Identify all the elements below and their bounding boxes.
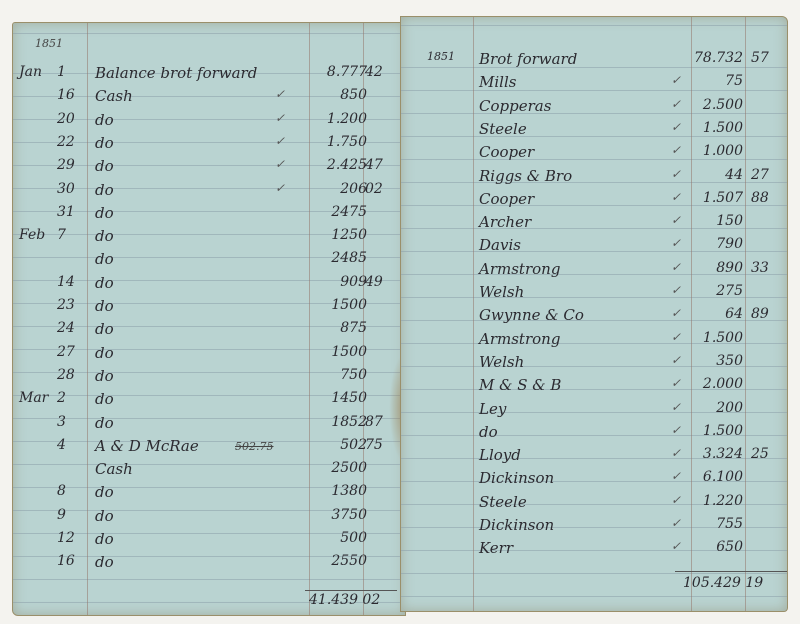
check-mark-icon: ✓ <box>671 423 681 437</box>
entry-amount: 1.507 <box>703 190 743 206</box>
entry-description: Steele <box>479 493 527 511</box>
entry-amount: 2485 <box>331 250 367 266</box>
check-mark-icon: ✓ <box>671 306 681 320</box>
ledger-row: 16do2550 <box>13 550 405 573</box>
entry-description: Cash <box>95 460 133 478</box>
entry-day: 28 <box>57 367 75 383</box>
entry-day: 24 <box>57 320 75 336</box>
entry-amount: 64 <box>725 306 743 322</box>
entry-amount: 1.750 <box>327 134 367 150</box>
ledger-row: Steele✓1.500 <box>401 117 787 140</box>
ledger-row: do✓1.500 <box>401 420 787 443</box>
ledger-row: Kerr✓650 <box>401 536 787 559</box>
check-mark-icon: ✓ <box>671 236 681 250</box>
entry-amount: 1450 <box>331 390 367 406</box>
entry-description: do <box>95 553 114 571</box>
page-total: 41.439 02 <box>309 592 380 608</box>
entry-description: Ley <box>479 400 506 418</box>
entry-description: do <box>95 111 114 129</box>
entry-description: do <box>95 181 114 199</box>
entry-description: do <box>95 274 114 292</box>
ledger-row: 27do1500 <box>13 341 405 364</box>
entry-amount: 1500 <box>331 297 367 313</box>
entry-amount: 8.777 <box>327 64 367 80</box>
entry-day: 2 <box>57 390 66 406</box>
entry-amount: 1.000 <box>703 143 743 159</box>
entry-cents: 25 <box>751 446 769 462</box>
check-mark-icon: ✓ <box>671 283 681 297</box>
ledger-row: Lloyd✓3.32425 <box>401 443 787 466</box>
ledger-row: Copperas✓2.500 <box>401 94 787 117</box>
entry-day: 16 <box>57 87 75 103</box>
entry-amount: 875 <box>340 320 367 336</box>
total-rule <box>305 590 397 591</box>
ledger-row: 29do✓2.42547 <box>13 154 405 177</box>
ledger-row: 9do3750 <box>13 504 405 527</box>
entry-amount: 350 <box>716 353 743 369</box>
ledger-row: 12do500 <box>13 527 405 550</box>
entry-amount: 2500 <box>331 460 367 476</box>
entry-day: 3 <box>57 414 66 430</box>
entry-amount: 2.500 <box>703 97 743 113</box>
check-mark-icon: ✓ <box>275 181 285 195</box>
entry-description: Copperas <box>479 97 551 115</box>
entry-description: do <box>95 507 114 525</box>
entry-amount: 200 <box>716 400 743 416</box>
ledger-row: do2485 <box>13 247 405 270</box>
ledger-row: 14do90949 <box>13 271 405 294</box>
entry-amount: 275 <box>716 283 743 299</box>
entry-description: Armstrong <box>479 260 560 278</box>
entry-day: 12 <box>57 530 75 546</box>
entry-amount: 1.500 <box>703 120 743 136</box>
entry-description: do <box>95 414 114 432</box>
check-mark-icon: ✓ <box>671 213 681 227</box>
entry-cents: 88 <box>751 190 769 206</box>
entry-amount: 1852 <box>331 414 367 430</box>
entry-day: 23 <box>57 297 75 313</box>
entry-description: Welsh <box>479 353 524 371</box>
entry-description: do <box>95 390 114 408</box>
entry-description: do <box>95 367 114 385</box>
entry-description: Kerr <box>479 539 513 557</box>
entry-cents: 87 <box>365 414 383 430</box>
entry-description: Gwynne & Co <box>479 306 584 324</box>
entry-description: Lloyd <box>479 446 521 464</box>
entry-month: Feb <box>19 227 45 243</box>
ledger-row: Archer✓150 <box>401 210 787 233</box>
entry-day: 4 <box>57 437 66 453</box>
ledger-row: 8do1380 <box>13 480 405 503</box>
ledger-row: Davis✓790 <box>401 233 787 256</box>
entry-day: 27 <box>57 344 75 360</box>
entry-cents: 49 <box>365 274 383 290</box>
check-mark-icon: ✓ <box>671 539 681 553</box>
entry-amount: 755 <box>716 516 743 532</box>
entry-amount: 3750 <box>331 507 367 523</box>
entry-amount: 2.425 <box>327 157 367 173</box>
entry-description: Cooper <box>479 190 534 208</box>
ledger-row: 23do1500 <box>13 294 405 317</box>
entry-amount: 790 <box>716 236 743 252</box>
entry-cents: 75 <box>365 437 383 453</box>
entry-amount: 206 <box>340 181 367 197</box>
ledger-row: 4A & D McRae502.7550275 <box>13 434 405 457</box>
entry-month: Mar <box>19 390 48 406</box>
ledger-row: 30do✓20602 <box>13 178 405 201</box>
entry-cents: 33 <box>751 260 769 276</box>
ledger-row: Cooper✓1.000 <box>401 140 787 163</box>
check-mark-icon: ✓ <box>671 143 681 157</box>
ledger-row: Cash2500 <box>13 457 405 480</box>
ledger-row: Feb7do1250 <box>13 224 405 247</box>
entry-amount: 1500 <box>331 344 367 360</box>
entry-day: 31 <box>57 204 75 220</box>
entry-year: 1851 <box>427 50 455 63</box>
entry-description: Brot forward <box>479 50 577 68</box>
entry-cents: 57 <box>751 50 769 66</box>
entry-amount: 500 <box>340 530 367 546</box>
entry-amount: 1.200 <box>327 111 367 127</box>
entry-description: do <box>479 423 498 441</box>
ledger-row: 31do2475 <box>13 201 405 224</box>
ledger-row: 16Cash✓850 <box>13 84 405 107</box>
ledger-row: Cooper✓1.50788 <box>401 187 787 210</box>
ledger-row: Steele✓1.220 <box>401 490 787 513</box>
check-mark-icon: ✓ <box>671 330 681 344</box>
entry-description: Cooper <box>479 143 534 161</box>
year-label: 1851 <box>35 37 63 50</box>
entry-amount: 2.000 <box>703 376 743 392</box>
check-mark-icon: ✓ <box>671 73 681 87</box>
check-mark-icon: ✓ <box>275 157 285 171</box>
ledger-row: Armstrong✓1.500 <box>401 327 787 350</box>
entry-amount: 44 <box>725 167 743 183</box>
entry-description: do <box>95 134 114 152</box>
entry-description: do <box>95 530 114 548</box>
ledger-row: Gwynne & Co✓6489 <box>401 303 787 326</box>
entry-day: 30 <box>57 181 75 197</box>
ledger-row: Dickinson✓6.100 <box>401 466 787 489</box>
entry-cents: 02 <box>365 181 383 197</box>
entry-amount: 750 <box>340 367 367 383</box>
check-mark-icon: ✓ <box>671 353 681 367</box>
ledger-row: Welsh✓275 <box>401 280 787 303</box>
entry-cents: 42 <box>365 64 383 80</box>
ledger-row: 24do875 <box>13 317 405 340</box>
entry-day: 1 <box>57 64 66 80</box>
entry-cents: 47 <box>365 157 383 173</box>
entry-amount: 150 <box>716 213 743 229</box>
entry-month: Jan <box>19 64 42 80</box>
entry-amount: 78.732 <box>694 50 743 66</box>
check-mark-icon: ✓ <box>671 167 681 181</box>
check-mark-icon: ✓ <box>671 260 681 274</box>
ledger-row: M & S & B✓2.000 <box>401 373 787 396</box>
entry-description: do <box>95 227 114 245</box>
entry-description: do <box>95 344 114 362</box>
entry-description: Steele <box>479 120 527 138</box>
total-rule <box>675 571 787 572</box>
entry-day: 14 <box>57 274 75 290</box>
entry-day: 16 <box>57 553 75 569</box>
entry-description: Welsh <box>479 283 524 301</box>
entry-day: 9 <box>57 507 66 523</box>
ledger-row: Ley✓200 <box>401 397 787 420</box>
entry-day: 29 <box>57 157 75 173</box>
check-mark-icon: ✓ <box>671 469 681 483</box>
page-total: 105.429 19 <box>683 575 763 591</box>
entry-day: 7 <box>57 227 66 243</box>
entry-description: M & S & B <box>479 376 561 394</box>
entry-amount: 502 <box>340 437 367 453</box>
entry-description: Balance brot forward <box>95 64 257 82</box>
entry-amount: 75 <box>725 73 743 89</box>
check-mark-icon: ✓ <box>671 493 681 507</box>
ledger-row: 1851Brot forward78.73257 <box>401 47 787 70</box>
entry-description: A & D McRae <box>95 437 199 455</box>
check-mark-icon: ✓ <box>275 87 285 101</box>
check-mark-icon: ✓ <box>671 190 681 204</box>
entry-amount: 1.500 <box>703 423 743 439</box>
ledger-row: Mills✓75 <box>401 70 787 93</box>
entry-description: Archer <box>479 213 531 231</box>
entry-amount: 1380 <box>331 483 367 499</box>
ledger-left-page: 1851 Jan1Balance brot forward8.7774216Ca… <box>12 22 406 616</box>
entry-amount: 890 <box>716 260 743 276</box>
ledger-row: Mar2do1450 <box>13 387 405 410</box>
entry-description: Davis <box>479 236 521 254</box>
entry-cents: 89 <box>751 306 769 322</box>
ledger-row: Welsh✓350 <box>401 350 787 373</box>
ledger-row: 28do750 <box>13 364 405 387</box>
entry-description: Cash <box>95 87 133 105</box>
entry-amount: 3.324 <box>703 446 743 462</box>
entry-amount: 1.500 <box>703 330 743 346</box>
entry-description: Dickinson <box>479 516 554 534</box>
entry-amount: 650 <box>716 539 743 555</box>
check-mark-icon: ✓ <box>275 134 285 148</box>
check-mark-icon: ✓ <box>671 516 681 530</box>
entry-description: do <box>95 157 114 175</box>
entry-cents: 27 <box>751 167 769 183</box>
struck-amount: 502.75 <box>235 440 274 453</box>
ledger-row: 22do✓1.750 <box>13 131 405 154</box>
ledger-row: 3do185287 <box>13 411 405 434</box>
entry-day: 8 <box>57 483 66 499</box>
check-mark-icon: ✓ <box>275 111 285 125</box>
ledger-right-page: 1851Brot forward78.73257Mills✓75Copperas… <box>400 16 788 612</box>
entry-amount: 1.220 <box>703 493 743 509</box>
entry-description: do <box>95 320 114 338</box>
check-mark-icon: ✓ <box>671 376 681 390</box>
entry-description: Riggs & Bro <box>479 167 572 185</box>
entry-day: 20 <box>57 111 75 127</box>
ledger-row: Dickinson✓755 <box>401 513 787 536</box>
entry-day: 22 <box>57 134 75 150</box>
entry-amount: 909 <box>340 274 367 290</box>
entry-amount: 6.100 <box>703 469 743 485</box>
entry-amount: 850 <box>340 87 367 103</box>
check-mark-icon: ✓ <box>671 97 681 111</box>
ledger-row: 20do✓1.200 <box>13 108 405 131</box>
entry-description: do <box>95 204 114 222</box>
check-mark-icon: ✓ <box>671 400 681 414</box>
entry-description: do <box>95 250 114 268</box>
ledger-row: Armstrong✓89033 <box>401 257 787 280</box>
entry-description: do <box>95 483 114 501</box>
entry-amount: 1250 <box>331 227 367 243</box>
entry-description: do <box>95 297 114 315</box>
entry-amount: 2550 <box>331 553 367 569</box>
ledger-row: Jan1Balance brot forward8.77742 <box>13 61 405 84</box>
check-mark-icon: ✓ <box>671 120 681 134</box>
entry-amount: 2475 <box>331 204 367 220</box>
entry-description: Mills <box>479 73 516 91</box>
entry-description: Dickinson <box>479 469 554 487</box>
entry-description: Armstrong <box>479 330 560 348</box>
check-mark-icon: ✓ <box>671 446 681 460</box>
ledger-row: Riggs & Bro✓4427 <box>401 164 787 187</box>
